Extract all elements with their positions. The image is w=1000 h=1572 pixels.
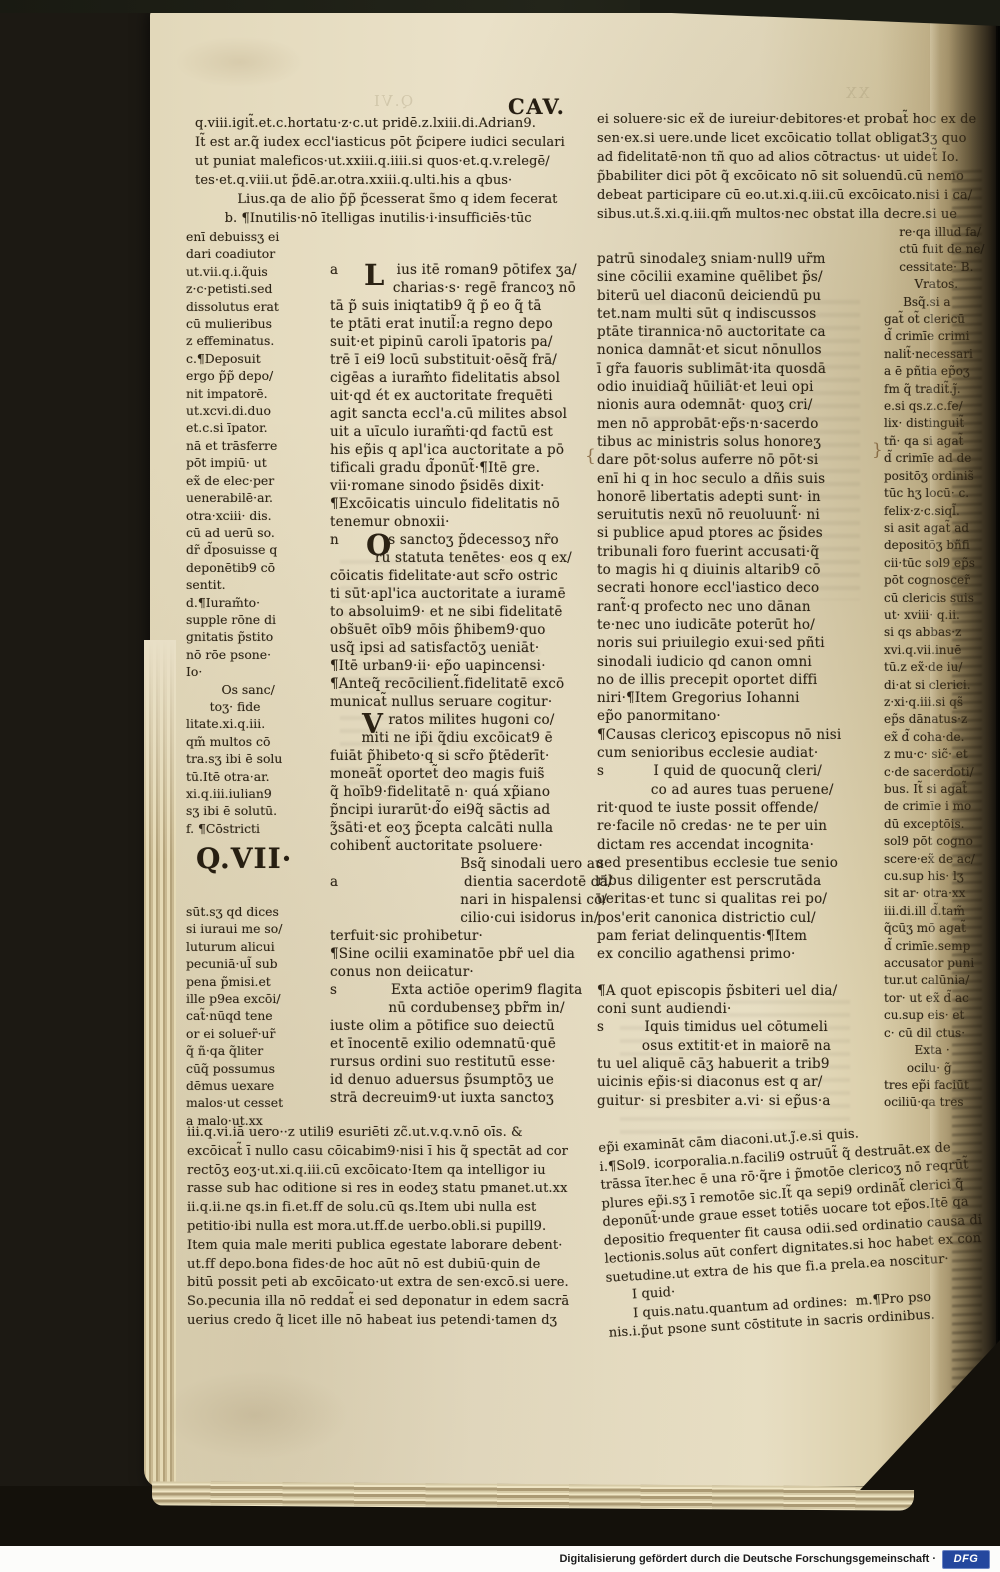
text-line: conus non deiicatur· bbox=[330, 963, 598, 981]
text-line: z·c·petisti.sed bbox=[186, 280, 336, 297]
text-line: honorē libertatis adepti sunt· in bbox=[597, 488, 887, 506]
text-line: tu uel aliquē cāʒ habuerit a trib9 bbox=[597, 1055, 887, 1073]
text-line: q̃ hoīb9·fidelitatē n· quá xp̃iano bbox=[330, 783, 598, 801]
text-line: ueritas·et tunc si qualitas rei po/ bbox=[597, 890, 887, 908]
text-line: si iuraui me so/ bbox=[186, 920, 336, 937]
text-line: ut.vii.q.i.q̃uis bbox=[186, 263, 336, 280]
text-line: sed presentibus ecclesie tue senio bbox=[597, 854, 887, 872]
text-line: It̃ est ar.q̃ iudex eccl'iasticus pōt p̃… bbox=[195, 133, 597, 152]
text-line: iuste olim a pōtifice suo deiectū bbox=[330, 1017, 598, 1035]
text-line: cōicatis fidelitate·aut scr̃o ostric bbox=[330, 567, 598, 585]
text-line: s Exta actiōe operim9 flagita bbox=[330, 981, 598, 999]
drop-cap-L: L bbox=[364, 258, 384, 292]
text-line: pos'erit canonica districtio cul/ bbox=[597, 909, 887, 927]
text-line: dare pōt·solus auferre nō pōt·si bbox=[597, 451, 887, 469]
text-line: id denuo aduersus p̃sumptōʒ ue bbox=[330, 1071, 598, 1089]
left-margin-gloss-lower: sūt.sʒ qd dicessi iuraui me so/luturum a… bbox=[186, 903, 336, 1129]
drop-cap-V: V bbox=[362, 709, 383, 740]
text-line: no de illis precepit oportet diffi bbox=[597, 671, 887, 689]
credit-text: Digitalisierung gefördert durch die Deut… bbox=[559, 1553, 936, 1565]
text-line: excōicat̃ ī nullo casu cōicabim9·nisi ī … bbox=[187, 1143, 595, 1162]
scanned-book-page: Q.VI XX CAV. q.viii.igit̃.et.c.hortatu·z… bbox=[0, 0, 1000, 1572]
text-line: strā decreuim9·ut iuxta sanctoʒ bbox=[330, 1089, 598, 1107]
text-line: ut.ff depo.bona fides·de hoc aūt nō est … bbox=[187, 1256, 595, 1275]
text-line: agit sancta eccl'a.cū milites absol bbox=[330, 405, 598, 423]
text-line: secrati honore eccl'iastico deco bbox=[597, 579, 887, 597]
text-line: to magis hi q diuinis altarib9 cō bbox=[597, 561, 887, 579]
text-line: te·nec uno iudicāte poterūt ho/ bbox=[597, 616, 887, 634]
text-line: co ad aures tuas peruene/ bbox=[597, 781, 887, 799]
text-line: enī debuissʒ ei bbox=[186, 228, 336, 245]
text-line: et īnocentē exilio odemnatū·quē bbox=[330, 1035, 598, 1053]
text-line: z effeminatus. bbox=[186, 332, 336, 349]
text-line: niri·¶Item Gregorius Iohanni bbox=[597, 689, 887, 707]
text-line: men nō approbāt·ep̃s·n·sacerdo bbox=[597, 415, 887, 433]
text-line: toʒ· fide bbox=[186, 698, 336, 715]
text-line: d.¶Iuram̃to· bbox=[186, 594, 336, 611]
paper-stain bbox=[160, 1370, 350, 1460]
text-line: uicinis ep̃is·si diaconus est q ar/ bbox=[597, 1073, 887, 1091]
paper-stain bbox=[175, 36, 305, 88]
text-line: ti sūt·apl'ica auctoritate a iuramē bbox=[330, 585, 598, 603]
text-line: deponētib9 cō bbox=[186, 559, 336, 576]
text-line: nionis aura odemnāt· quoʒ cri/ bbox=[597, 396, 887, 414]
text-line: otra·xciii· dis. bbox=[186, 507, 336, 524]
text-line: c.¶Deposuit bbox=[186, 350, 336, 367]
text-line: to absoluim9· et ne sibi fidelitatē bbox=[330, 603, 598, 621]
text-line: ¶Sine ocilii examinatōe pbr̃ uel dia bbox=[330, 945, 598, 963]
text-line: rasse sub hac oditione si res in eodeʒ s… bbox=[187, 1180, 595, 1199]
text-line: noris sui priuilegio exui·sed pñti bbox=[597, 634, 887, 652]
text-line: rit·quod te iuste possit offende/ bbox=[597, 799, 887, 817]
text-line: uit·qd ét ex auctoritate frequēti bbox=[330, 387, 598, 405]
text-line: s Iquis timidus uel cōtumeli bbox=[597, 1018, 887, 1036]
text-line: pōt impiū· ut bbox=[186, 454, 336, 471]
text-line: bitū possit peti ab excōicato·ut extra d… bbox=[187, 1274, 595, 1293]
text-line: xi.q.iii.iulian9 bbox=[186, 785, 336, 802]
page-stack-left-edge bbox=[144, 640, 176, 1488]
text-line: ¶Itē urban9·ii· ep̃o uapincensi· bbox=[330, 657, 598, 675]
text-line: ī gr̃a fauoris sublimāt·ita quosdā bbox=[597, 360, 887, 378]
text-line: Os sanc/ bbox=[186, 681, 336, 698]
text-line: guitur· si presbiter a.vi· si ep̃us·a bbox=[597, 1092, 887, 1110]
text-line: rant̃·q profecto nec uno dānan bbox=[597, 598, 887, 616]
text-line: dari coadiutor bbox=[186, 245, 336, 262]
text-line: sinodali iudicio qd canon omni bbox=[597, 653, 887, 671]
text-line: nonica damnāt·et sicut nōnullos bbox=[597, 341, 887, 359]
text-line: qm̃ multos cō bbox=[186, 733, 336, 750]
text-line: enī hi q in hoc seculo a dñis suis bbox=[597, 470, 887, 488]
text-line: rursus ordini suo restitutū esse· bbox=[330, 1053, 598, 1071]
show-through-header: Q.VI bbox=[372, 92, 413, 110]
text-line: fuiāt p̃hibeto·q si scr̃o p̃tēderīt· bbox=[330, 747, 598, 765]
text-line: nit impatorē. bbox=[186, 385, 336, 402]
text-line: odio inuidiaq̃ hūiliāt·et leui opi bbox=[597, 378, 887, 396]
text-line: cigēas a iuram̃to fidelitatis absol bbox=[330, 369, 598, 387]
text-line: ex concilio agathensi primo· bbox=[597, 945, 887, 963]
digitization-credit-bar: Digitalisierung gefördert durch die Deut… bbox=[0, 1546, 1000, 1572]
text-line: ribus diligenter est perscrutāda bbox=[597, 872, 887, 890]
text-line: nari in hispalensi cō/ bbox=[330, 891, 598, 909]
text-line: terfuit·sic prohibetur· bbox=[330, 927, 598, 945]
gutter-fold-text-texture bbox=[952, 169, 982, 1410]
text-line: q̃ ñ·qa q̃liter bbox=[186, 1042, 336, 1059]
text-line: cohibent̃ auctoritate psoluere· bbox=[330, 837, 598, 855]
text-line: sine cōcilii examine quēlibet p̃s/ bbox=[597, 268, 887, 286]
text-line: tet.nam multi sūt q indiscussos bbox=[597, 305, 887, 323]
text-line: osus extitit·et in maiorē na bbox=[597, 1037, 887, 1055]
text-line: luturum alicui bbox=[186, 938, 336, 955]
text-line: seruitutis nexū nō reuoluunt̃· ni bbox=[597, 506, 887, 524]
drop-cap-O: O bbox=[366, 528, 391, 562]
text-line: ergo p̃p̃ depo/ bbox=[186, 367, 336, 384]
text-line: vii·romane sinodo p̃sidēs dixit· bbox=[330, 477, 598, 495]
text-line bbox=[597, 964, 887, 982]
text-line: ut puniat maleficos·ut.xxiii.q.iiii.si q… bbox=[195, 152, 597, 171]
text-line: So.pecunia illa nō reddat̃ ei sed depona… bbox=[187, 1293, 595, 1312]
text-line: iii.q.vi.iā uero··z utili9 esuriēti zc̃.… bbox=[187, 1124, 595, 1143]
text-line: ut.xcvi.di.duo bbox=[186, 402, 336, 419]
text-line: te ptāti erat inutil̃:a regno depo bbox=[330, 315, 598, 333]
dfg-logo: DFG bbox=[942, 1550, 990, 1569]
text-line: tibus ac ministris solus honoreʒ bbox=[597, 433, 887, 451]
text-line: tā p̃ suis iniqtatib9 q̃ p̃ eo q̃ tā bbox=[330, 297, 598, 315]
text-line: coni sunt audiendi· bbox=[597, 1000, 887, 1018]
gutter-fold-highlight bbox=[930, 10, 940, 1488]
text-line: nū cordubenseʒ pbr̃m in/ bbox=[330, 999, 598, 1017]
text-line: pecuniā·ul̃ sub bbox=[186, 955, 336, 972]
text-line: cat̃·nūqd tene bbox=[186, 1007, 336, 1024]
text-line: ille p9ea excōi/ bbox=[186, 990, 336, 1007]
left-margin-gloss-upper: enī debuissʒ eidari coadiutorut.vii.q.i.… bbox=[186, 228, 336, 837]
main-text-column-1: a ius itē roman9 pōtifex ʒa/ charias·s· … bbox=[330, 261, 598, 1107]
text-line: sʒ ibi ē solutū. bbox=[186, 802, 336, 819]
text-line: Lius.qa de alio p̃p̃ p̃cesserat s̃mo q i… bbox=[195, 190, 597, 209]
text-line: ¶Anteq̃ recōcilient̃.fidelitatē excō bbox=[330, 675, 598, 693]
text-line: dr̃ d̃posuisse q bbox=[186, 541, 336, 558]
text-line: Item quia male meriti publica egestate l… bbox=[187, 1237, 595, 1256]
text-line: his ep̃is q apl'ica auctoritate a pō bbox=[330, 441, 598, 459]
text-line: Io· bbox=[186, 663, 336, 680]
text-line: cūq̃ possumus bbox=[186, 1060, 336, 1077]
text-line: biterū uel diaconū deiciendū pu bbox=[597, 287, 887, 305]
text-line: pena p̃misi.et bbox=[186, 973, 336, 990]
text-line: or ei soluer̃·ur̃ bbox=[186, 1025, 336, 1042]
text-line: f. ¶Cōstricti bbox=[186, 820, 336, 837]
text-line: Bsq̃ sinodali uero au bbox=[330, 855, 598, 873]
text-line: moneāt̃ oportet̃ deo magis fuis̃ bbox=[330, 765, 598, 783]
text-line: tra.sʒ ibi ē solu bbox=[186, 750, 336, 767]
section-heading-q7: Q.VII· bbox=[196, 842, 292, 875]
text-line: et.c.si īpator. bbox=[186, 419, 336, 436]
text-line: q.viii.igit̃.et.c.hortatu·z·c.ut pridē.z… bbox=[195, 114, 597, 133]
text-line: usq̃ ipsi ad satisfactōʒ ueniāt· bbox=[330, 639, 598, 657]
text-line: ¶Excōicatis uinculo fidelitatis nō bbox=[330, 495, 598, 513]
text-line: tū.Itē otra·ar. bbox=[186, 768, 336, 785]
text-line: tificali gradu d̃ponūt̃·¶Itē gre. bbox=[330, 459, 598, 477]
text-line: uenerabilē·ar. bbox=[186, 489, 336, 506]
text-line: a dientia sacerdotē dā/ bbox=[330, 873, 598, 891]
text-line: litate.xi.q.iii. bbox=[186, 715, 336, 732]
gloss-top-left-block: q.viii.igit̃.et.c.hortatu·z·c.ut pridē.z… bbox=[195, 114, 597, 228]
text-line: suit·et pipinū caroli īpatoris pa/ bbox=[330, 333, 598, 351]
text-line: cum senioribus ecclesie audiat· bbox=[597, 744, 887, 762]
text-line: ʒ̃sāti·et eoʒ p̃cepta calcāti nulla bbox=[330, 819, 598, 837]
text-line: nō rōe psone· bbox=[186, 646, 336, 663]
text-line: dēmus uexare bbox=[186, 1077, 336, 1094]
text-line: nā et trāsferre bbox=[186, 437, 336, 454]
text-line: dictam res accendat incognita· bbox=[597, 836, 887, 854]
text-line: sūt.sʒ qd dices bbox=[186, 903, 336, 920]
text-line: p̃ncipi iurarūt·d̃o ei9q̃ sāctis ad bbox=[330, 801, 598, 819]
text-line: malos·ut cesset bbox=[186, 1094, 336, 1111]
handwritten-brace-mark: } bbox=[872, 440, 883, 460]
text-line: supple rōne di bbox=[186, 611, 336, 628]
text-line: cilio·cui isidorus in/ bbox=[330, 909, 598, 927]
text-line: ex̃ de elec·per bbox=[186, 472, 336, 489]
bottom-gloss-left-block: iii.q.vi.iā uero··z utili9 esuriēti zc̃.… bbox=[187, 1124, 595, 1331]
text-line: ¶A quot episcopis p̃sbiteri uel dia/ bbox=[597, 982, 887, 1000]
text-line: gnitatis p̃stito bbox=[186, 628, 336, 645]
text-line: cū mulieribus bbox=[186, 315, 336, 332]
text-line: ptāte tirannica·nō auctoritate ca bbox=[597, 323, 887, 341]
text-line: s I quid de quocunq̃ cleri/ bbox=[597, 762, 887, 780]
text-line: obs̃uēt oīb9 mōis p̃hibem9·quo bbox=[330, 621, 598, 639]
text-line: petitio·ibi nulla est mora.ut.ff.de uerb… bbox=[187, 1218, 595, 1237]
show-through-corner: XX bbox=[844, 84, 869, 102]
text-line: si publice apud ptores ac p̃sides bbox=[597, 524, 887, 542]
text-line: cū ad uerū so. bbox=[186, 524, 336, 541]
text-line: tribunali foro fuerint accusati·q̃ bbox=[597, 543, 887, 561]
main-text-column-2: patrū sinodaleʒ sniam·null9 ur̃msine cōc… bbox=[597, 250, 887, 1110]
text-line: ¶Causas clericoʒ episcopus nō nisi bbox=[597, 726, 887, 744]
text-line: uerius credo q̃ licet ille nō habeat ius… bbox=[187, 1312, 595, 1331]
text-line: trē ī ei9 locū substituit·oēsq̃ frā/ bbox=[330, 351, 598, 369]
text-line: sentit. bbox=[186, 576, 336, 593]
text-line: ep̃o panormitano· bbox=[597, 707, 887, 725]
text-line: pam feriat delinquentis·¶Item bbox=[597, 927, 887, 945]
text-line: re·facile nō credas· ne te per uin bbox=[597, 817, 887, 835]
text-line: tes·et.q.viii.ut p̃dē.ar.otra.xxiii.q.ul… bbox=[195, 171, 597, 190]
text-line: b. ¶Inutilis·nō ītelligas inutilis·i·ins… bbox=[195, 209, 597, 228]
handwritten-brace-mark: { bbox=[585, 446, 596, 466]
text-line: ii.q.ii.ne qs.in fi.et.ff de solu.cū qs.… bbox=[187, 1199, 595, 1218]
text-line: uit a uīculo iuram̃ti·qd factū est bbox=[330, 423, 598, 441]
text-line: patrū sinodaleʒ sniam·null9 ur̃m bbox=[597, 250, 887, 268]
text-line: dissolutus erat bbox=[186, 298, 336, 315]
text-line: rectōʒ eoʒ·ut.xi.q.iii.cū excōicato·Item… bbox=[187, 1162, 595, 1181]
